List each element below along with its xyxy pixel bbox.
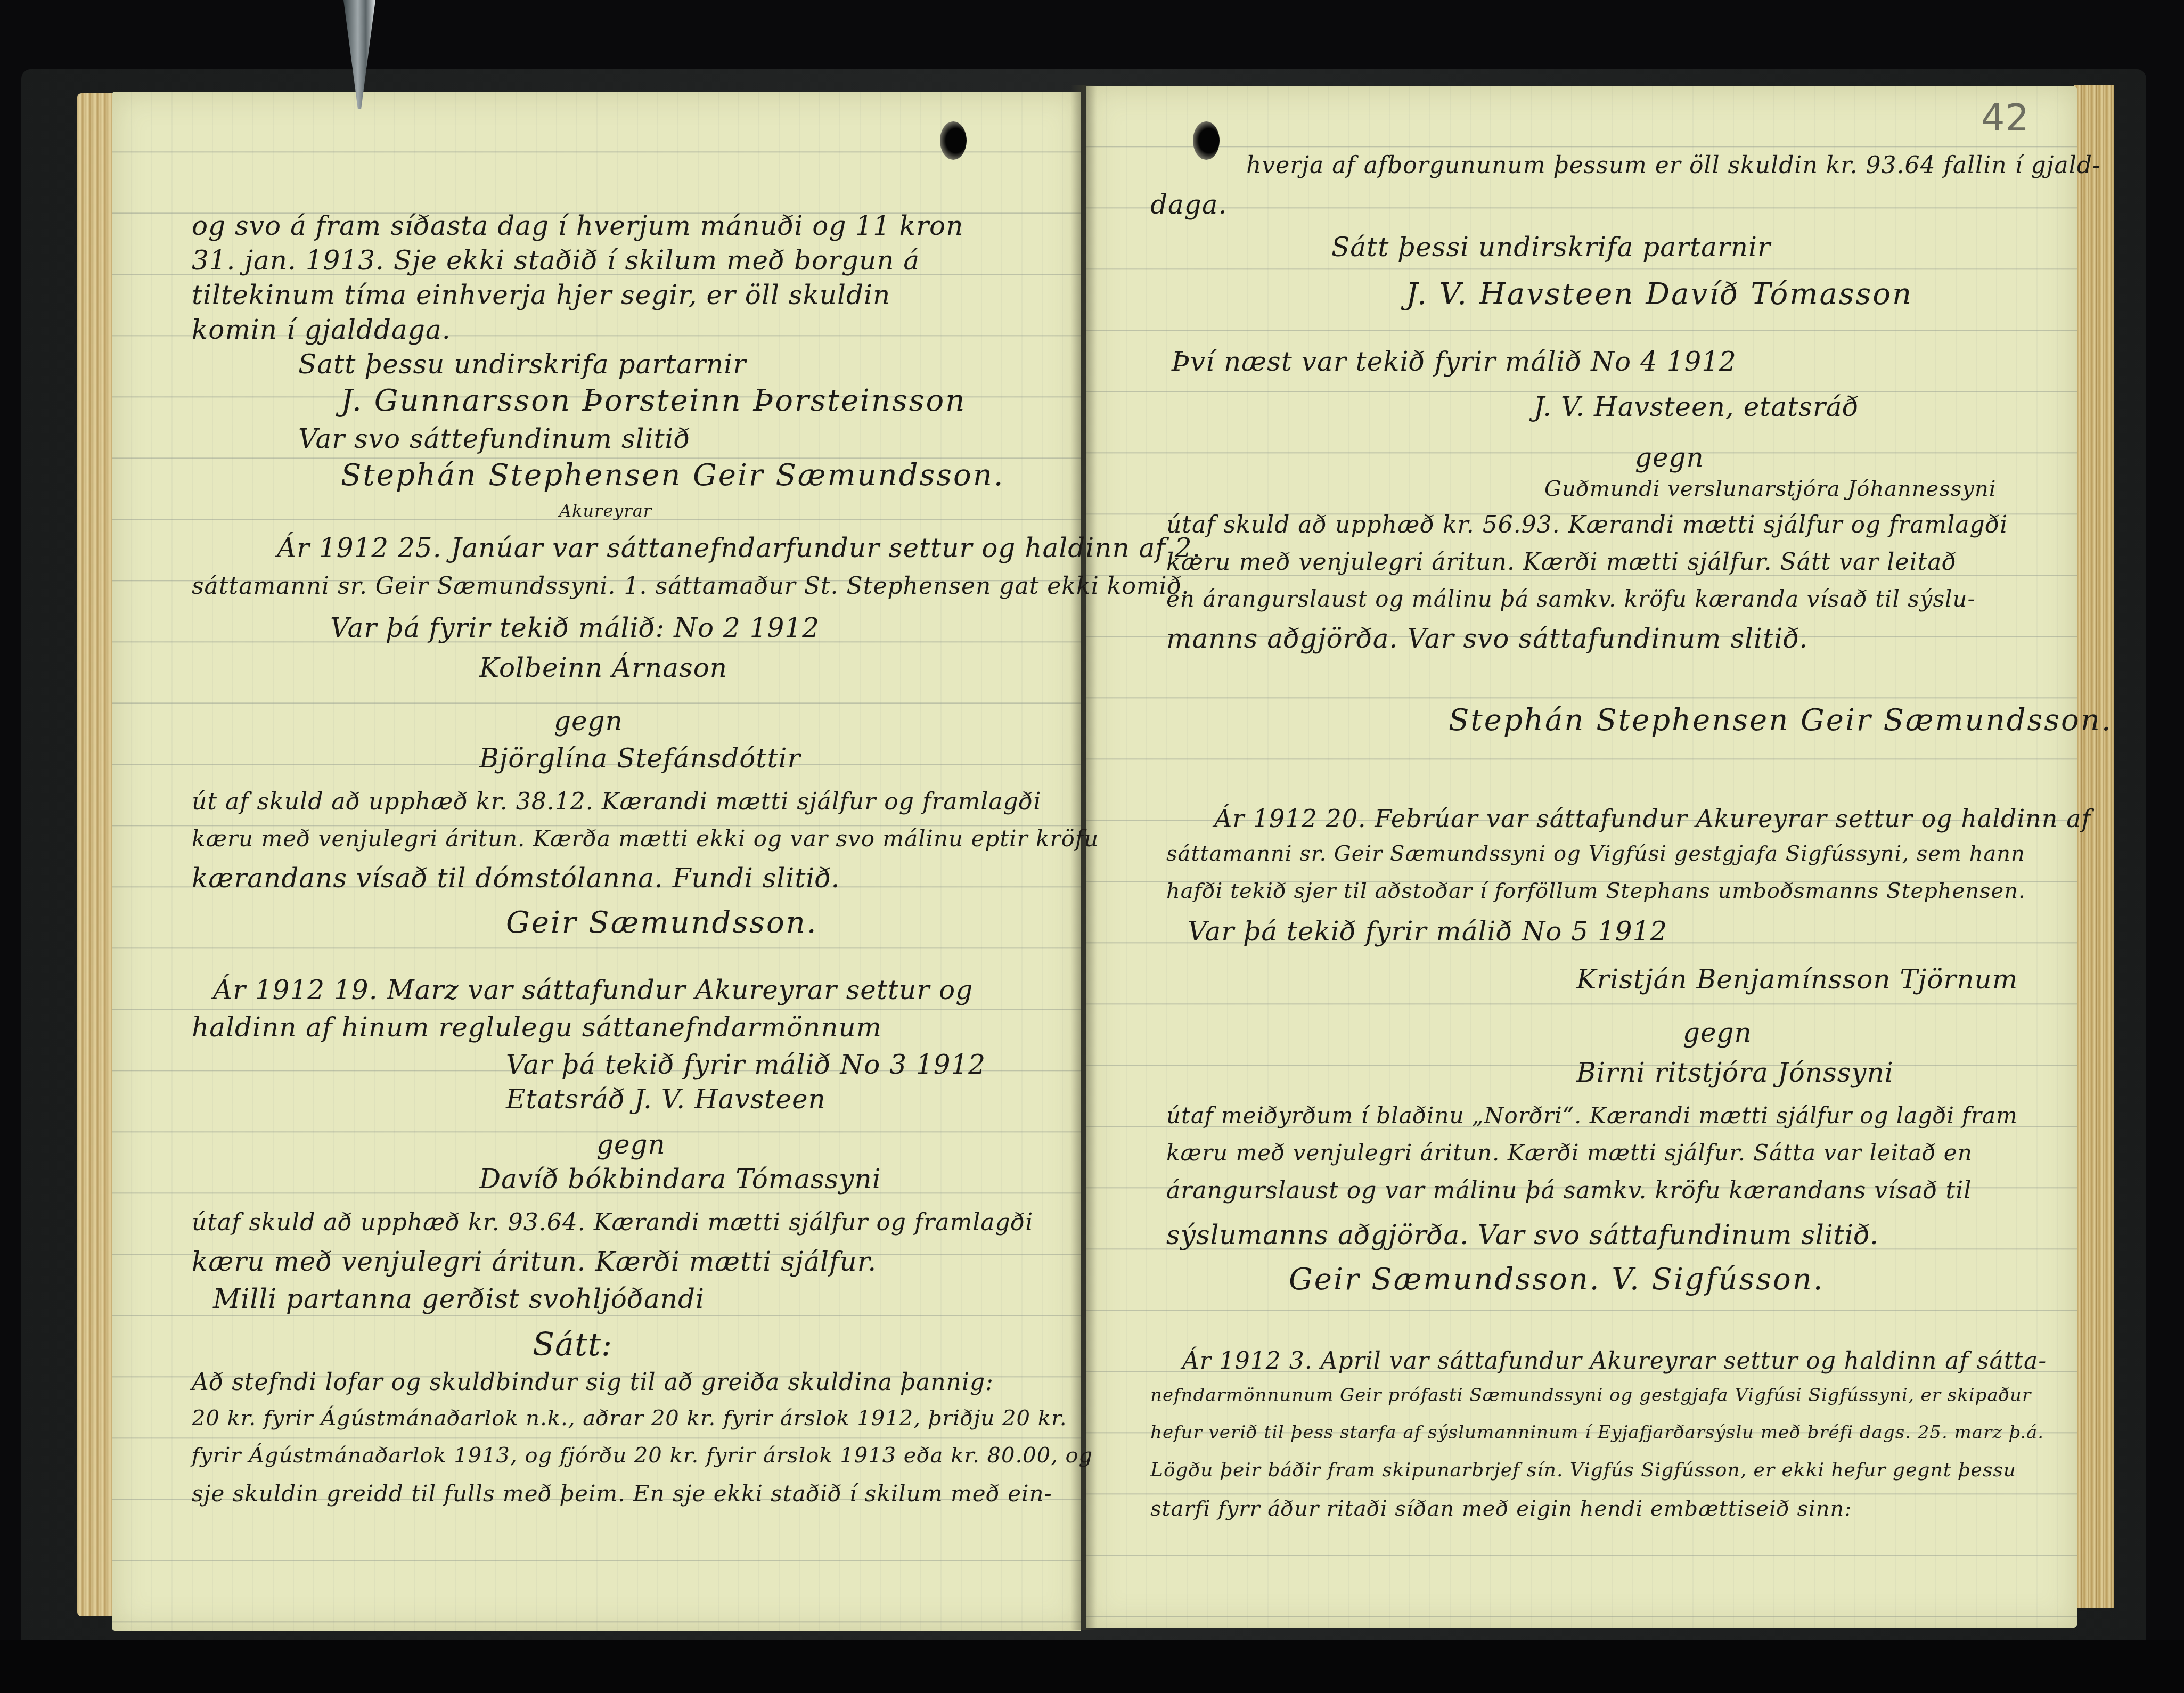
text-line: kæru með venjulegri áritun. Kærði mætti …: [1166, 1140, 1973, 1166]
text-line: Sátt þessi undirskrifa partarnir: [1331, 232, 1771, 263]
text-line: Ár 1912 19. Marz var sáttafundur Akureyr…: [213, 975, 973, 1005]
party-name: Kristján Benjamínsson Tjörnum: [1576, 964, 2018, 995]
party-name: Björglína Stefánsdóttir: [479, 743, 800, 774]
page-edges-right: [2074, 85, 2114, 1608]
text-line: Ár 1912 3. April var sáttafundur Akureyr…: [1182, 1347, 2047, 1375]
text-line: hverja af afborgununum þessum er öll sku…: [1246, 152, 2101, 179]
party-name: Kolbeinn Árnason: [479, 652, 727, 683]
text-line: Var þá fyrir tekið málið: No 2 1912: [330, 612, 820, 643]
text-line: nefndarmönnunum Geir prófasti Sæmundssyn…: [1150, 1385, 2031, 1406]
text-line: manns aðgjörða. Var svo sáttafundinum sl…: [1166, 623, 1808, 654]
text-line: Milli partanna gerðist svohljóðandi: [213, 1283, 705, 1314]
party-name: J. V. Havsteen, etatsráð: [1534, 391, 1859, 422]
text-line: en árangurslaust og málinu þá samkv. krö…: [1166, 586, 1976, 612]
text-line: Ár 1912 20. Febrúar var sáttafundur Akur…: [1214, 804, 2091, 833]
text-line: daga.: [1150, 189, 1228, 220]
text-line: sáttamanni sr. Geir Sæmundssyni. 1. sátt…: [192, 572, 1189, 600]
text-line: útaf skuld að upphæð kr. 56.93. Kærandi …: [1166, 511, 2008, 538]
text-line: Satt þessu undirskrifa partarnir: [298, 349, 746, 380]
text-insert: Akureyrar: [559, 501, 652, 521]
text-line: tiltekinum tíma einhverja hjer segir, er…: [192, 280, 890, 310]
signature: J. V. Havsteen Davíð Tómasson: [1406, 277, 1913, 312]
punch-hole-icon: [940, 121, 967, 160]
text-line: kærandans vísað til dómstólanna. Fundi s…: [192, 863, 840, 894]
text-line: haldinn af hinum reglulegu sáttanefndarm…: [192, 1012, 882, 1043]
text-line: gegn: [1683, 1017, 1752, 1048]
text-line: árangurslaust og var málinu þá samkv. kr…: [1166, 1177, 1972, 1204]
signature: Geir Sæmundsson. V. Sigfússon.: [1289, 1262, 1825, 1297]
text-line: komin í gjalddaga.: [192, 314, 451, 345]
text-line: 31. jan. 1913. Sje ekki staðið í skilum …: [192, 245, 920, 276]
text-line: Var svo sáttefundinum slitið: [298, 423, 691, 454]
text-line: sáttamanni sr. Geir Sæmundssyni og Vigfú…: [1166, 841, 2025, 866]
text-line: Lögðu þeir báðir fram skipunarbrjef sín.…: [1150, 1459, 2016, 1481]
section-heading: Sátt:: [533, 1326, 612, 1363]
text-line: 20 kr. fyrir Ágústmánaðarlok n.k., aðrar…: [192, 1406, 1067, 1430]
signature: Geir Sæmundsson.: [506, 905, 818, 940]
text-line: gegn: [1635, 442, 1704, 473]
text-line: sje skuldin greidd til fulls með þeim. E…: [192, 1481, 1052, 1507]
text-line: sýslumanns aðgjörða. Var svo sáttafundin…: [1166, 1220, 1879, 1250]
text-line: gegn: [554, 706, 623, 737]
text-line: kæru með venjulegri áritun. Kærða mætti …: [192, 825, 1099, 852]
signature: Stephán Stephensen Geir Sæmundsson.: [341, 458, 1005, 493]
text-line: hefur verið til þess starfa af sýslumann…: [1150, 1422, 2044, 1443]
text-line: hafði tekið sjer til aðstoðar í forföllu…: [1166, 879, 2026, 903]
signature: J. Gunnarsson Þorsteinn Þorsteinsson: [341, 383, 966, 418]
text-line: Að stefndi lofar og skuldbindur sig til …: [192, 1369, 994, 1396]
text-line: og svo á fram síðasta dag í hverjum mánu…: [192, 210, 963, 241]
text-line: starfi fyrr áður ritaði síðan með eigin …: [1150, 1496, 1852, 1521]
party-name: Davíð bókbindara Tómassyni: [479, 1164, 881, 1195]
punch-hole-icon: [1193, 121, 1220, 160]
text-line: gegn: [596, 1129, 666, 1160]
background-surface: [0, 1640, 2184, 1693]
party-name: Birni ritstjóra Jónssyni: [1576, 1057, 1894, 1088]
text-line: útaf meiðyrðum í blaðinu „Norðri“. Kæran…: [1166, 1102, 2018, 1128]
text-line: fyrir Ágústmánaðarlok 1913, og fjórðu 20…: [192, 1443, 1093, 1468]
text-line: Því næst var tekið fyrir málið No 4 1912: [1172, 346, 1737, 377]
text-line: út af skuld að upphæð kr. 38.12. Kærandi…: [192, 788, 1041, 815]
party-name: Guðmundi verslunarstjóra Jóhannessyni: [1544, 477, 1996, 501]
text-line: kæru með venjulegri áritun. Kærði mætti …: [1166, 549, 1957, 576]
signature: Stephán Stephensen Geir Sæmundsson.: [1449, 703, 2113, 738]
party-name: Etatsráð J. V. Havsteen: [506, 1084, 826, 1115]
text-line: útaf skuld að upphæð kr. 93.64. Kærandi …: [192, 1209, 1033, 1236]
text-line: Var þá tekið fyrir málið No 3 1912: [506, 1049, 986, 1080]
text-line: Var þá tekið fyrir málið No 5 1912: [1188, 916, 1667, 947]
book-gutter: [1070, 85, 1097, 1630]
text-line: Ár 1912 25. Janúar var sáttanefndarfundu…: [277, 533, 1201, 563]
text-line: kæru með venjulegri áritun. Kærði mætti …: [192, 1246, 877, 1277]
page-number: 42: [1981, 96, 2030, 140]
